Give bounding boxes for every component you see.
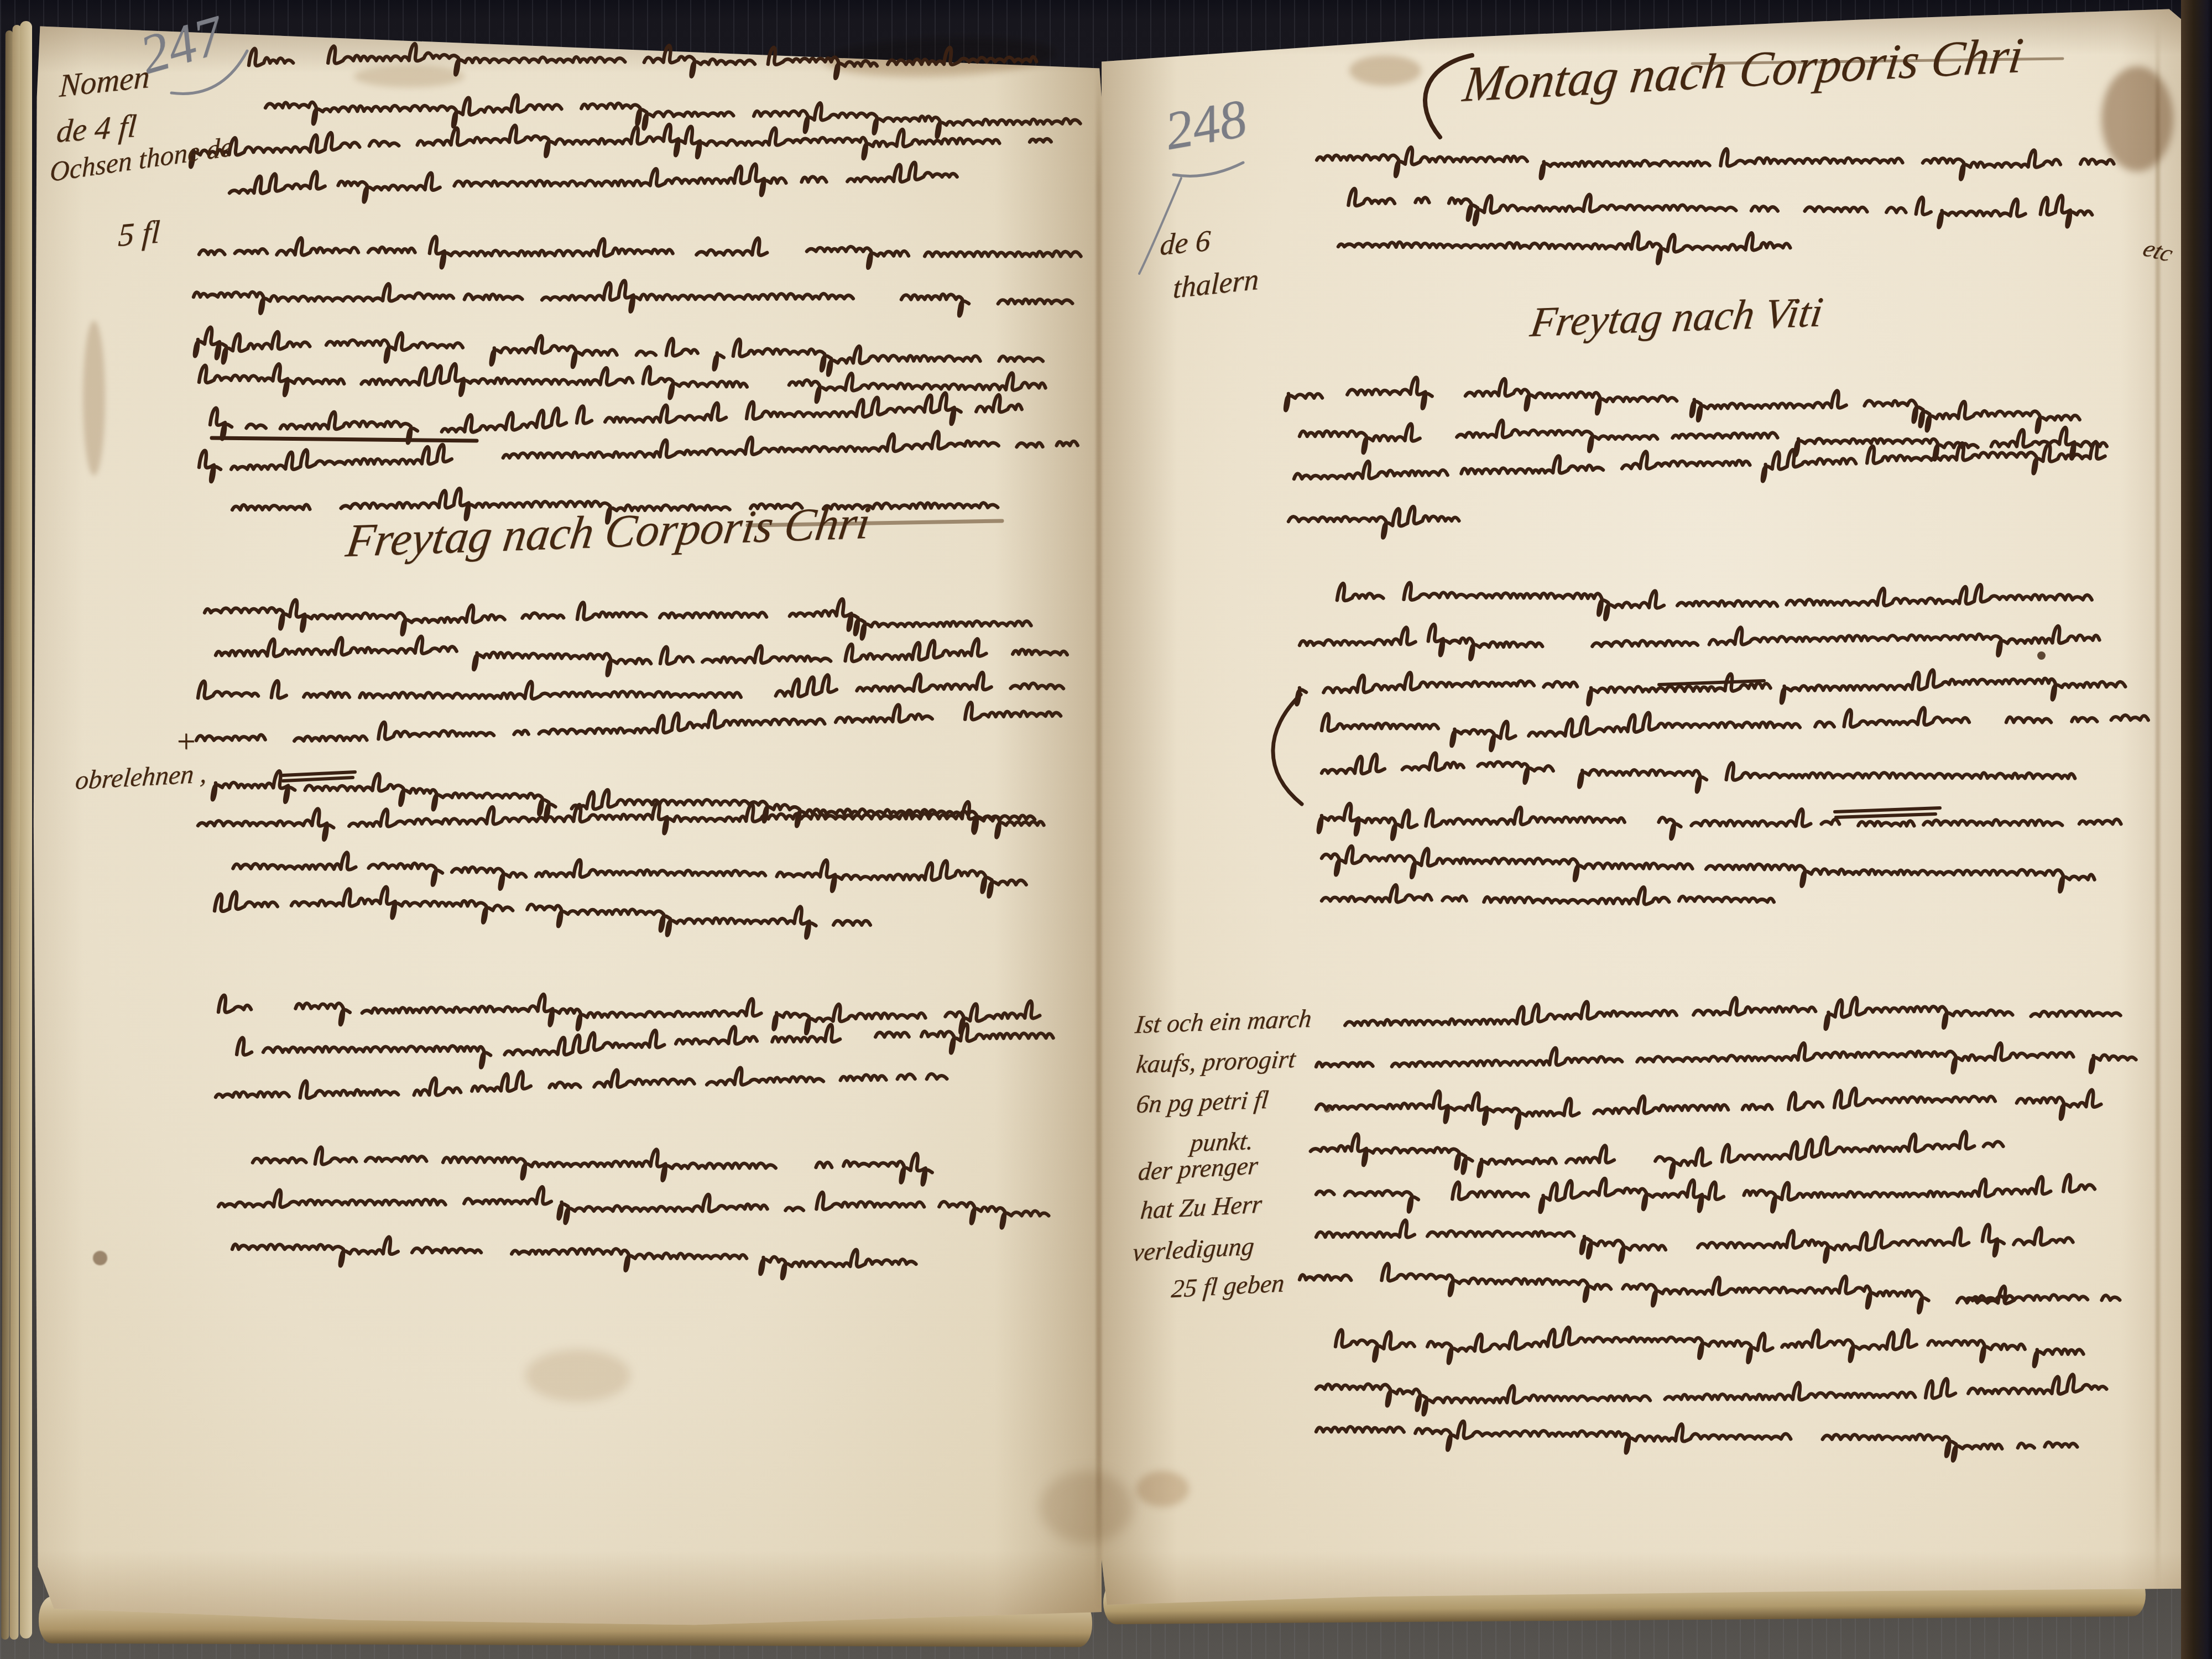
script-stroke bbox=[1836, 814, 1936, 817]
script-stroke bbox=[1316, 1040, 2136, 1082]
script-stroke bbox=[265, 88, 1081, 145]
script-stroke bbox=[237, 1024, 1053, 1070]
script-stroke bbox=[1288, 507, 1459, 539]
script-stroke bbox=[198, 802, 1058, 840]
script-stroke bbox=[1316, 1084, 2101, 1130]
script-stroke bbox=[1318, 804, 2121, 842]
margin-note: de 4 fl bbox=[55, 107, 138, 150]
script-stroke bbox=[1338, 230, 1791, 265]
margin-cross-mark: + bbox=[175, 722, 197, 760]
script-stroke bbox=[1316, 1374, 2106, 1416]
script-stroke bbox=[1300, 617, 2100, 664]
script-stroke bbox=[1311, 1128, 2004, 1181]
manuscript-scan: 247 248 Nomen de 4 fl Ochsen thone de 5 … bbox=[0, 0, 2212, 1659]
script-stroke bbox=[198, 669, 1063, 703]
script-stroke bbox=[1345, 994, 2121, 1034]
script-stroke bbox=[205, 595, 1031, 644]
margin-note: de 6 bbox=[1159, 223, 1211, 262]
script-stroke bbox=[283, 778, 353, 781]
script-stroke bbox=[233, 852, 1026, 897]
script-stroke bbox=[1322, 846, 2095, 892]
handwriting-layer bbox=[0, 0, 2212, 1659]
script-stroke bbox=[283, 772, 355, 775]
script-stroke bbox=[232, 1237, 916, 1279]
script-stroke bbox=[1273, 695, 1302, 804]
script-stroke bbox=[1337, 581, 2092, 623]
script-stroke bbox=[1293, 442, 2105, 486]
script-stroke bbox=[1316, 1219, 2086, 1262]
script-stroke bbox=[1316, 1421, 2078, 1461]
script-stroke bbox=[216, 1066, 947, 1099]
script-stroke bbox=[195, 327, 1043, 376]
script-stroke bbox=[218, 987, 1040, 1041]
script-stroke bbox=[1316, 1175, 2095, 1214]
script-stroke bbox=[253, 1145, 932, 1187]
script-stroke bbox=[1348, 188, 2110, 231]
script-stroke bbox=[216, 631, 1067, 681]
script-stroke bbox=[229, 163, 957, 202]
script-stroke bbox=[199, 237, 1081, 269]
script-stroke bbox=[1285, 372, 2080, 437]
script-stroke bbox=[194, 279, 1072, 319]
margin-note: 5 fl bbox=[117, 213, 161, 254]
script-stroke bbox=[1317, 144, 2114, 182]
script-stroke bbox=[212, 438, 477, 441]
script-stroke bbox=[218, 1187, 1048, 1228]
script-stroke bbox=[190, 122, 1051, 167]
script-stroke bbox=[1322, 707, 2148, 752]
script-stroke bbox=[199, 361, 1046, 405]
margin-note: kaufs, prorogirt bbox=[1135, 1044, 1297, 1079]
script-stroke bbox=[1835, 808, 1940, 812]
script-stroke bbox=[1335, 1326, 2084, 1369]
script-stroke bbox=[1173, 163, 1243, 176]
margin-note: 6n pg petri fl bbox=[1135, 1084, 1270, 1119]
margin-note: Ist och ein march bbox=[1134, 1004, 1313, 1039]
script-stroke bbox=[1322, 883, 1786, 906]
script-stroke bbox=[210, 393, 1022, 444]
script-stroke bbox=[1300, 1263, 2013, 1314]
script-stroke bbox=[249, 41, 1037, 80]
script-stroke bbox=[1322, 753, 2100, 793]
script-stroke bbox=[215, 886, 870, 938]
script-stroke bbox=[1659, 681, 1764, 685]
script-stroke bbox=[1296, 664, 2126, 709]
margin-note: 25 fl geben bbox=[1170, 1268, 1286, 1303]
script-stroke bbox=[196, 701, 1061, 742]
